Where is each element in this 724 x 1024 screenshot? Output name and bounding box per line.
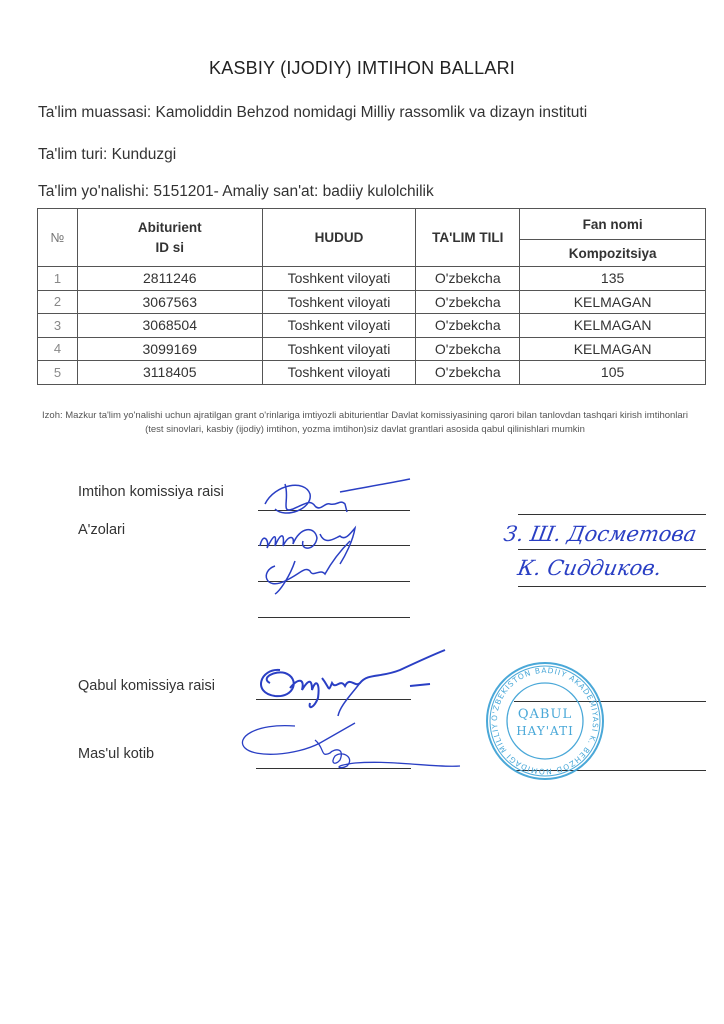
cell-score: KELMAGAN <box>520 337 706 361</box>
cell-language: O'zbekcha <box>416 361 520 385</box>
study-type-label: Ta'lim turi: <box>38 146 107 163</box>
cell-region: Toshkent viloyati <box>262 290 416 314</box>
exam-chair-label: Imtihon komissiya raisi <box>78 484 224 500</box>
cell-region: Toshkent viloyati <box>262 267 416 291</box>
members-label: A'zolari <box>78 522 125 538</box>
cell-number: 3 <box>38 314 78 338</box>
cell-number: 4 <box>38 337 78 361</box>
cell-score: KELMAGAN <box>520 314 706 338</box>
stamp-seal-icon: O'ZBEKISTON BADIIY AKADEMIYASI K. BEHZOD… <box>484 660 606 782</box>
cell-number: 2 <box>38 290 78 314</box>
header-applicant-id-line2: ID si <box>78 240 262 255</box>
cell-language: O'zbekcha <box>416 314 520 338</box>
cell-applicant-id: 3099169 <box>77 337 262 361</box>
svg-text:QABUL: QABUL <box>518 707 572 722</box>
cell-score: 105 <box>520 361 706 385</box>
cell-score: KELMAGAN <box>520 290 706 314</box>
header-number: № <box>38 209 78 267</box>
header-subject-group: Fan nomi <box>520 209 706 240</box>
cell-language: O'zbekcha <box>416 337 520 361</box>
cell-number: 5 <box>38 361 78 385</box>
member-signature-line-3 <box>258 617 410 618</box>
table-row: 53118405Toshkent viloyatiO'zbekcha105 <box>38 361 706 385</box>
study-type-row: Ta'lim turi: Kunduzgi <box>38 146 176 164</box>
header-subject: Kompozitsiya <box>520 240 706 267</box>
institution-row: Ta'lim muassasi: Kamoliddin Behzod nomid… <box>38 104 587 122</box>
direction-value: 5151201- Amaliy san'at: badiiy kulolchil… <box>153 183 433 200</box>
institution-label: Ta'lim muassasi: <box>38 104 151 121</box>
table-row: 33068504Toshkent viloyatiO'zbekchaKELMAG… <box>38 314 706 338</box>
table-row: 12811246Toshkent viloyatiO'zbekcha135 <box>38 267 706 291</box>
cell-applicant-id: 2811246 <box>77 267 262 291</box>
cell-applicant-id: 3068504 <box>77 314 262 338</box>
header-applicant-id: Abiturient ID si <box>77 209 262 267</box>
cell-region: Toshkent viloyati <box>262 314 416 338</box>
cell-language: O'zbekcha <box>416 290 520 314</box>
member-signature-line-5 <box>518 549 706 550</box>
cell-region: Toshkent viloyati <box>262 361 416 385</box>
cell-score: 135 <box>520 267 706 291</box>
member-signature-line-4 <box>518 514 706 515</box>
admission-board-stamp: O'ZBEKISTON BADIIY AKADEMIYASI K. BEHZOD… <box>484 660 606 782</box>
institution-value: Kamoliddin Behzod nomidagi Milliy rassom… <box>156 104 588 121</box>
header-region: HUDUD <box>262 209 416 267</box>
member-signature-1 <box>255 516 405 596</box>
table-row: 43099169Toshkent viloyatiO'zbekchaKELMAG… <box>38 337 706 361</box>
secretary-signature <box>235 718 465 778</box>
direction-row: Ta'lim yo'nalishi: 5151201- Amaliy san'a… <box>38 183 434 201</box>
table-row: 23067563Toshkent viloyatiO'zbekchaKELMAG… <box>38 290 706 314</box>
secretary-label: Mas'ul kotib <box>78 746 154 762</box>
document-title: KASBIY (IJODIY) IMTIHON BALLARI <box>0 58 724 79</box>
header-language: TA'LIM TILI <box>416 209 520 267</box>
cell-number: 1 <box>38 267 78 291</box>
member-signature-line-6 <box>518 586 706 587</box>
admission-chair-label: Qabul komissiya raisi <box>78 678 215 694</box>
cell-language: O'zbekcha <box>416 267 520 291</box>
direction-label: Ta'lim yo'nalishi: <box>38 183 149 200</box>
header-applicant-id-line1: Abiturient <box>78 220 262 235</box>
cell-region: Toshkent viloyati <box>262 337 416 361</box>
cell-applicant-id: 3118405 <box>77 361 262 385</box>
svg-text:HAY'ATI: HAY'ATI <box>516 724 574 738</box>
cell-applicant-id: 3067563 <box>77 290 262 314</box>
note-text: Izoh: Mazkur ta'lim yo'nalishi uchun ajr… <box>40 409 690 437</box>
member-handwritten-name-1: З. Ш. Досметова <box>502 522 699 546</box>
scores-table: № Abiturient ID si HUDUD TA'LIM TILI Fan… <box>37 208 706 385</box>
study-type-value: Kunduzgi <box>112 146 177 163</box>
member-handwritten-name-2: К. Сиддиков. <box>516 556 664 580</box>
admission-chair-signature <box>250 648 450 718</box>
